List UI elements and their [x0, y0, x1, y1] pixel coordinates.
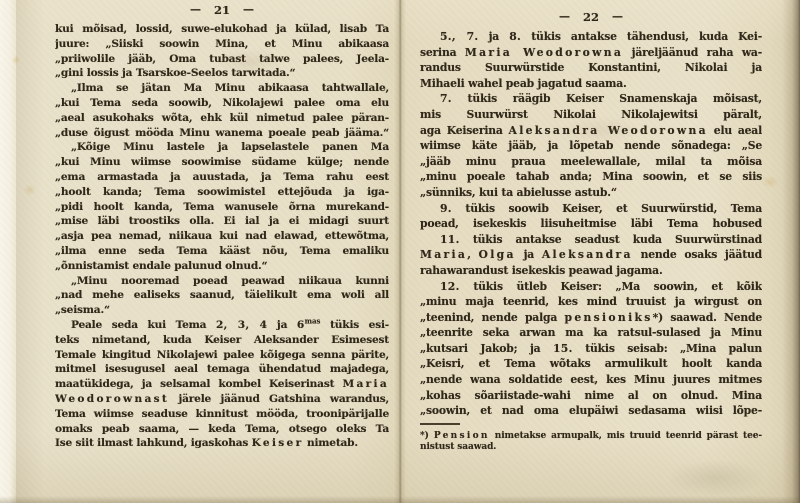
- text-line: „õnnistamist endale palunud olnud.“: [55, 259, 389, 274]
- text-line: „mise läbi troostiks olla. Ei ial ja ei …: [55, 214, 389, 229]
- page-edge-left-shadow: [16, 0, 44, 503]
- header-dash-right: —: [243, 3, 254, 16]
- text-line: Temale kingitud Nikolajewi palee kõigega…: [55, 348, 389, 363]
- header-dash-left: —: [559, 10, 570, 23]
- text-line: „nad mehe ealiseks saanud, täielikult em…: [55, 288, 389, 303]
- text-line: juure: „Siiski soowin Mina, et Minu abik…: [55, 37, 389, 52]
- text-line: „soowin, et nad oma elupäiwi sedasama wi…: [420, 403, 762, 419]
- text-line: „jääb minu praua meelewallale, milal ta …: [420, 154, 762, 170]
- text-line: „minu poeale tahab anda; Mina soowin, et…: [420, 169, 762, 185]
- text-line: 9. tükis soowib Keiser, et Suurwürstid, …: [420, 201, 762, 217]
- page-header: —22—: [420, 10, 762, 26]
- text-line: rahawarandust isekeskis peawad jagama.: [420, 263, 762, 279]
- footnote-rule: [420, 423, 460, 425]
- text-line: „pidi hoolt kanda, Tema wanusele õrna mu…: [55, 200, 389, 215]
- page-edge-left: [0, 0, 16, 503]
- text-line: teks nimetand, kuda Keiser Aleksander Es…: [55, 333, 389, 348]
- text-line: „teenind, nende palga pensioniks*) saawa…: [420, 310, 762, 326]
- text-line: serina Maria Weodorowna järeljäänud raha…: [420, 45, 762, 61]
- text-line: „ilma enne seda Tema kääst nõu, Tema ema…: [55, 244, 389, 259]
- text-line: Maria, Olga ja Aleksandra nende osaks jä…: [420, 247, 762, 263]
- text-line: „hoolt kanda; Tema soowimistel ettejõuda…: [55, 185, 389, 200]
- book-scan: —21— kui mõisad, lossid, suwe-elukohad j…: [0, 0, 800, 503]
- header-dash-right: —: [612, 10, 623, 23]
- page-22: —22— 5., 7. ja 8. tükis antakse tähendus…: [420, 10, 762, 419]
- text-line: „Minu nooremad poead peawad niikaua kunn…: [55, 274, 389, 289]
- text-line: „kui Minu wiimse soowimise südame külge;…: [55, 155, 389, 170]
- text-line: 11. tükis antakse seadust kuda Suurwürst…: [420, 232, 762, 248]
- text-line: Mihaeli wahel peab jagatud saama.: [420, 76, 762, 92]
- text-line: Weodorownast järele jäänud Gatshina wara…: [55, 392, 389, 407]
- page-number: 21: [214, 3, 230, 17]
- text-line: 5., 7. ja 8. tükis antakse tähendusi, ku…: [420, 29, 762, 45]
- page-number: 22: [583, 10, 599, 24]
- text-line: „asja pea nemad, niikaua kui nad elawad,…: [55, 229, 389, 244]
- text-line: „Ilma se jätan Ma Minu abikaasa tahtwall…: [55, 81, 389, 96]
- text-line: „duse õigust mööda Minu wanema poeale pe…: [55, 126, 389, 141]
- text-line: wiimse käte jääb, ja lõpetab nende sõnad…: [420, 138, 762, 154]
- header-dash-left: —: [190, 3, 201, 16]
- page-text: kui mõisad, lossid, suwe-elukohad ja kül…: [55, 22, 389, 451]
- text-line: poead, isekeskis liisuheitmise läbi Tema…: [420, 216, 762, 232]
- text-line: mis Suurwürst Nikolai Nikolajewitsi pära…: [420, 107, 762, 123]
- text-line: „aeal asukohaks wõta, ehk kül nimetud pa…: [55, 111, 389, 126]
- text-line: 7. tükis räägib Keiser Snamenskaja mõisa…: [420, 91, 762, 107]
- text-line: „gini lossis ja Tsarskoe-Seelos tarwitad…: [55, 66, 389, 81]
- text-line: nistust saawad.: [420, 442, 762, 454]
- text-line: aga Keiserina Aleksandra Weodorowna elu …: [420, 123, 762, 139]
- text-line: „seisma.“: [55, 303, 389, 318]
- page-edge-right: [782, 0, 800, 503]
- text-line: „kui Tema seda soowib, Nikolajewi palee …: [55, 96, 389, 111]
- text-line: „kutsari Jakob; ja 15. tükis seisab: „Mi…: [420, 341, 762, 357]
- text-line: maatükidega, ja selsamal kombel Keiserin…: [55, 377, 389, 392]
- page-gutter-shadow: [394, 0, 406, 503]
- text-line: „teenrite seka arwan ma ka ratsul-sulase…: [420, 325, 762, 341]
- text-line: kui mõisad, lossid, suwe-elukohad ja kül…: [55, 22, 389, 37]
- text-line: „nende wana soldatide eest, kes Minu juu…: [420, 372, 762, 388]
- text-line: Tema wiimse seaduse kinnitust mööda, tro…: [55, 407, 389, 422]
- text-line: „sünniks, kui ta abielusse astub.“: [420, 185, 762, 201]
- text-line: 12. tükis ütleb Keiser: „Ma soowin, et k…: [420, 279, 762, 295]
- page-text: 5., 7. ja 8. tükis antakse tähendusi, ku…: [420, 29, 762, 419]
- text-line: „Kõige Minu lastele ja lapselastele pane…: [55, 140, 389, 155]
- page-21: —21— kui mõisad, lossid, suwe-elukohad j…: [55, 3, 389, 451]
- text-line: omaks peab saama, — keda Tema, otsego ol…: [55, 422, 389, 437]
- page-edge-bottom: [0, 496, 800, 503]
- text-line: „kohas sõariistade-wahi nime al on olnud…: [420, 388, 762, 404]
- text-line: „Keisri, et Tema wõtaks armulikult hoolt…: [420, 356, 762, 372]
- text-line: Peale seda kui Tema 2, 3, 4 ja 6mas tüki…: [55, 318, 389, 333]
- text-line: randus Suurwürstide Konstantini, Nikolai…: [420, 60, 762, 76]
- text-line: Ise siit ilmast lahkund, igaskohas Keise…: [55, 436, 389, 451]
- footnote-text: *) Pension nimetakse armupalk, mis truui…: [420, 431, 762, 455]
- text-line: *) Pension nimetakse armupalk, mis truui…: [420, 431, 762, 443]
- footnote: *) Pension nimetakse armupalk, mis truui…: [420, 423, 762, 454]
- text-line: „minu maja teenrid, kes mind truuist ja …: [420, 294, 762, 310]
- page-header: —21—: [55, 3, 389, 19]
- text-line: „priiwolile jääb, Oma tubast talwe palee…: [55, 52, 389, 67]
- text-line: mitmel isesugusel aeal temaga ühendatud …: [55, 362, 389, 377]
- text-line: „ema armastada ja auustada, ja Tema rahu…: [55, 170, 389, 185]
